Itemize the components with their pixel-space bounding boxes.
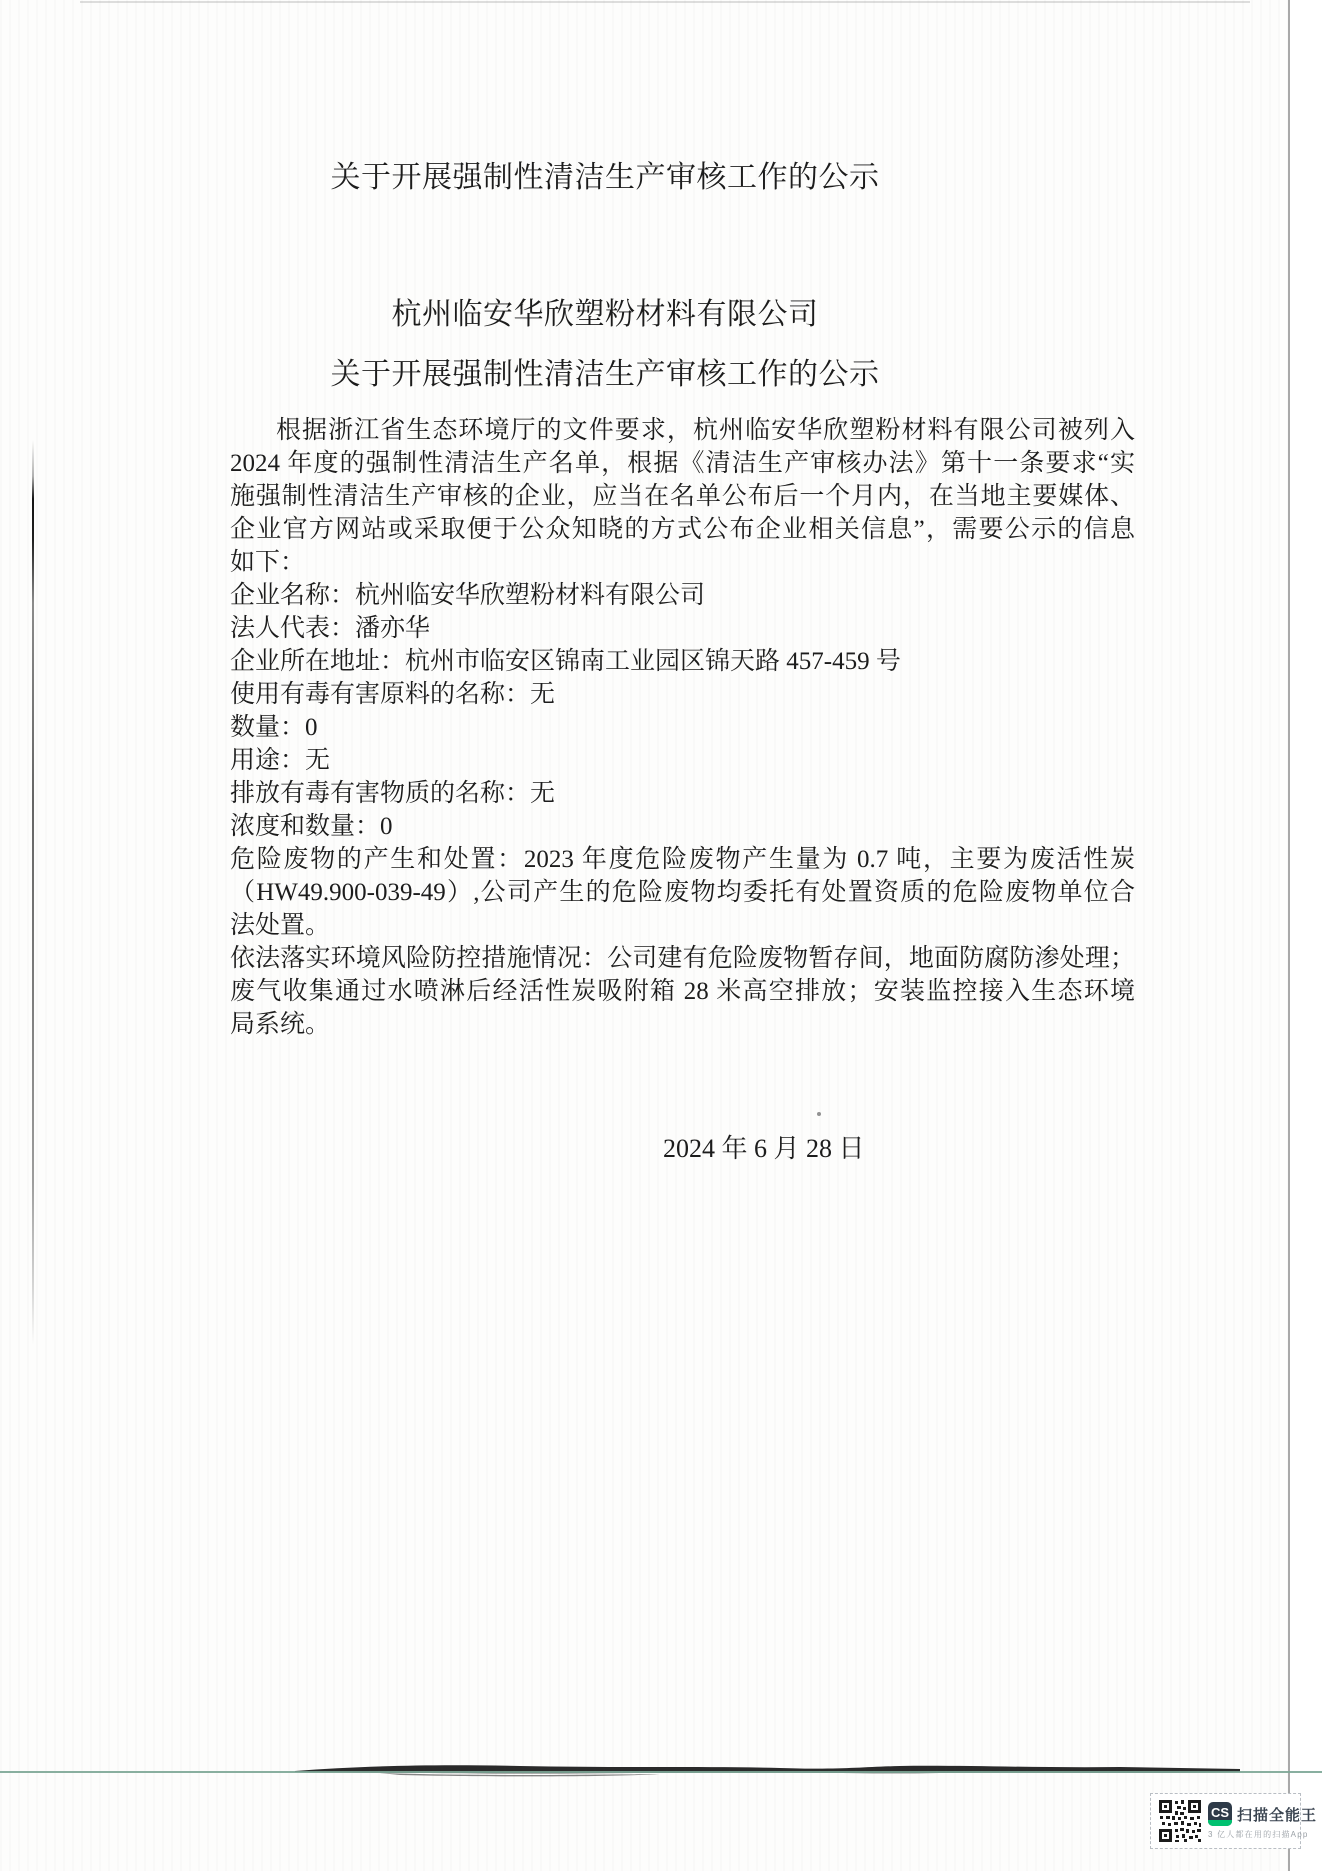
body-line-address: 企业所在地址：杭州市临安区锦南工业园区锦天路 457-459 号 xyxy=(230,645,1135,678)
watermark-text-block: CS 扫描全能王 3 亿人都在用的扫描App xyxy=(1208,1802,1317,1840)
left-scan-artifact-line xyxy=(32,440,34,1345)
body-line-concentration: 浓度和数量：0 xyxy=(230,810,1135,843)
camscanner-tagline: 3 亿人都在用的扫描App xyxy=(1208,1829,1317,1840)
scanner-background xyxy=(1290,0,1322,1871)
body-line: 如下： xyxy=(230,546,1135,579)
company-title-wrap: 杭州临安华欣塑粉材料有限公司 xyxy=(0,299,1210,331)
body-line: 施强制性清洁生产审核的企业，应当在名单公布后一个月内，在当地主要媒体、 xyxy=(230,480,1135,513)
camscanner-watermark: CS 扫描全能王 3 亿人都在用的扫描App xyxy=(1150,1793,1301,1849)
body-line: 2024 年度的强制性清洁生产名单，根据《清洁生产审核办法》第十一条要求“实 xyxy=(230,447,1135,480)
body-line: 根据浙江省生态环境厅的文件要求，杭州临安华欣塑粉材料有限公司被列入 xyxy=(230,414,1135,447)
body-line-toxic-materials: 使用有毒有害原料的名称：无 xyxy=(230,678,1135,711)
body-line: 法处置。 xyxy=(230,909,1135,942)
body-line: （HW49.900-039-49）,公司产生的危险废物均委托有处置资质的危险废物… xyxy=(230,876,1135,909)
body-line: 企业官方网站或采取便于公众知晓的方式公布企业相关信息”，需要公示的信息 xyxy=(230,513,1135,546)
scanned-document-page: 关于开展强制性清洁生产审核工作的公示 杭州临安华欣塑粉材料有限公司 关于开展强制… xyxy=(0,0,1322,1871)
scan-speck xyxy=(817,1112,821,1116)
document-header-title-wrap: 关于开展强制性清洁生产审核工作的公示 xyxy=(0,162,1210,194)
body-line: 废气收集通过水喷淋后经活性炭吸附箱 28 米高空排放；安装监控接入生态环境 xyxy=(230,975,1135,1008)
qr-code-icon xyxy=(1158,1799,1202,1843)
company-title: 杭州临安华欣塑粉材料有限公司 xyxy=(392,298,819,331)
body-line-usage: 用途：无 xyxy=(230,744,1135,777)
document-header-title: 关于开展强制性清洁生产审核工作的公示 xyxy=(331,161,880,194)
page-right-edge-line xyxy=(1288,0,1290,1871)
camscanner-logo-icon: CS xyxy=(1208,1802,1232,1826)
section-title: 关于开展强制性清洁生产审核工作的公示 xyxy=(331,358,880,391)
body-line-quantity: 数量：0 xyxy=(230,711,1135,744)
body-line-emissions: 排放有毒有害物质的名称：无 xyxy=(230,777,1135,810)
section-title-wrap: 关于开展强制性清洁生产审核工作的公示 xyxy=(0,359,1210,391)
page-bottom-teal-line xyxy=(0,1771,1322,1773)
body-line-hazardous-waste: 危险废物的产生和处置：2023 年度危险废物产生量为 0.7 吨，主要为废活性炭 xyxy=(230,843,1135,876)
document-body: 根据浙江省生态环境厅的文件要求，杭州临安华欣塑粉材料有限公司被列入 2024 年… xyxy=(230,414,1135,1041)
camscanner-app-name: 扫描全能王 xyxy=(1237,1804,1317,1825)
document-date: 2024 年 6 月 28 日 xyxy=(663,1134,865,1164)
page-top-edge-line xyxy=(80,1,1250,3)
body-line-company-name: 企业名称：杭州临安华欣塑粉材料有限公司 xyxy=(230,579,1135,612)
body-line: 局系统。 xyxy=(230,1008,1135,1041)
body-line-legal-rep: 法人代表：潘亦华 xyxy=(230,612,1135,645)
body-line-risk-control: 依法落实环境风险防控措施情况：公司建有危险废物暂存间，地面防腐防渗处理； xyxy=(230,942,1135,975)
